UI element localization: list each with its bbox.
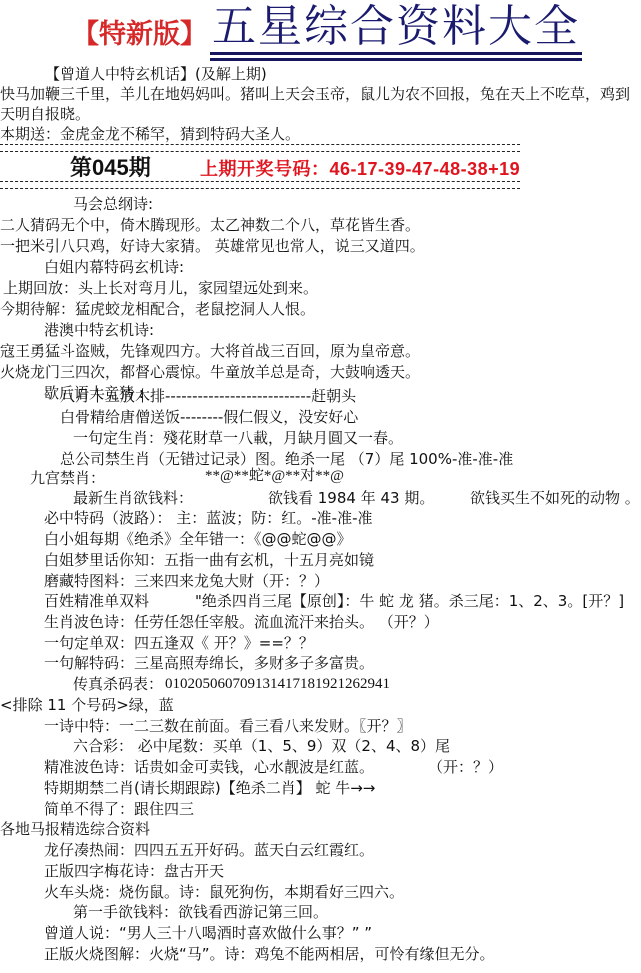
mahui-title: 马会总纲诗: [73,194,153,214]
xiehouyu-2: 白骨精给唐僧送饭--------假仁假义，没安好心 [60,407,358,427]
gangao-line1: 寇王勇猛斗盗贼，先锋观四方。大将首战三百回，原为皇帝意。 [0,341,420,361]
issue-period: 第045期 [70,151,151,182]
liuhecai: 六合彩： 必中尾数：买单（1、5、9）双（2、4、8）尾 [73,736,450,756]
gangao-line2: 火烧龙门三四次，都督心震惊。牛童放羊总是奇，大鼓响透天。 [0,362,420,382]
yiju-jie: 一句解特码：三星高照寿绵长，多财多子多富贵。 [44,653,374,673]
title-underline [210,52,582,55]
gangao-title: 港澳中特玄机诗: [44,320,154,340]
separator-bottom [0,181,520,189]
mozang: 磨藏特图料：三来四来龙兔大财（开：？） [44,571,329,591]
bai-xiaojie: 白小姐每期《绝杀》全年错一：《@@蛇@@》 [44,529,352,549]
xiehouyu-1: 八月十五放木排---------------------------赶朝头 [60,386,356,406]
jiugong-label: 九宫禁肖： [30,468,105,488]
zengdaoren: 曾道人说：“男人三十八喝酒时喜欢做什么事？” ” [44,923,372,943]
baijie-title: 白姐内幕特码玄机诗: [44,257,184,277]
meihua: 正版四字梅花诗：盘古开天 [44,861,224,881]
latest-label: 最新生肖欲钱料： [73,488,193,508]
baixing-label: 百姓精准单双料 [44,591,149,611]
intro-poem-line1: 快马加鞭三千里，羊儿在地妈妈叫。猪叫上天会玉帝，鼠儿为农不回报，兔在天上不吃草，… [0,84,630,104]
longzai: 龙仔凑热闹：四四五五开好码。蓝天白云红霞红。 [44,840,374,860]
intro-poem-line2: 天明自报晓。 [0,104,90,124]
page-title: 五星综合资料大全 [212,2,580,52]
intro-gift: 本期送：金虎金龙不稀罕，猜到特码大圣人。 [0,124,300,144]
huoche: 火车头烧：烧伤鼠。诗：鼠死狗伤，本期看好三四六。 [44,882,404,902]
intro-heading: 【曾道人中特玄机话】(及解上期) [45,64,267,84]
last-draw-label: 上期开奖号码： [200,159,330,179]
jingzhun-wave: 精准波色诗：话贵如金可卖钱，心水靓波是红蓝。 [44,757,374,777]
wave-tip: 必中特码（波路）： 主：蓝波；防：红。-准-准-准 [44,508,373,528]
baijie-current: 今期待解：猛虎蛟龙相配合，老鼠挖洞人人恨。 [0,299,315,319]
first-hand: 第一手欲钱料：欲钱看西游记第三回。 [73,902,328,922]
yiju-zodiac: 一句定生肖：殘花財草一八載，月缺月圓又一春。 [73,428,403,448]
simple: 简单不得了：跟住四三 [44,799,194,819]
fax-label: 传真杀码表： [73,674,163,694]
odd-even: 一句定单双：四五逢双《 开？》==？？ [44,633,314,653]
huoshao: 正版火烧图解：火烧“马”。诗：鸡兔不能两相居，可怜有缘但无分。 [44,944,495,964]
latest-value2: 欲钱买生不如死的动物 。 [470,488,640,508]
page-header: 【特新版】 五星综合资料大全 [0,0,641,62]
baijie-review: 上期回放：头上长对弯月儿，家园望远处到来。 [3,278,318,298]
last-draw: 上期开奖号码：46-17-39-47-48-38+19 [200,155,520,181]
baixing-value: "绝杀四肖三尾【原创】：牛 蛇 龙 猪。杀三尾：1、2、3。[开？] [195,591,624,611]
regional-title: 各地马报精选综合资料 [0,819,150,839]
special-ban: 特期期禁二肖(请长期跟踪)【绝杀二肖】 蛇 牛→→ [44,778,375,798]
jingzhun-wave-open: （开：？） [428,757,503,777]
jiugong-value: **@**蛇*@**对**@ [205,466,344,486]
zodiac-wave-poem: 生肖波色诗：任劳任怨任宰般。流血流汗来抬头。 （开？） [44,612,439,632]
mahui-line2: 一把米引八只鸡，好诗大家猜。 英雄常见也常人，说三又道四。 [0,236,425,256]
edition-tag: 【特新版】 [72,12,207,51]
mahui-line1: 二人猜码无个中，倚木腾现形。太乙神数二个八，草花皆生香。 [0,215,420,235]
latest-value: 欲钱看 1984 年 43 期。 [268,488,434,508]
fax-value: 01020506070913141718192126294​1 [165,674,390,694]
title-underline-second [210,58,582,61]
last-draw-numbers: 46-17-39-47-48-38+19 [330,159,521,179]
baijie-dream: 白姐梦里话你知：五指一曲有玄机，十五月亮如镜 [44,550,374,570]
yishi: 一诗中特：一二三数在前面。看三看八来发财。〖开？〗 [44,716,412,736]
exclude-note: <排除 11 个号码>绿，蓝 [0,695,174,715]
